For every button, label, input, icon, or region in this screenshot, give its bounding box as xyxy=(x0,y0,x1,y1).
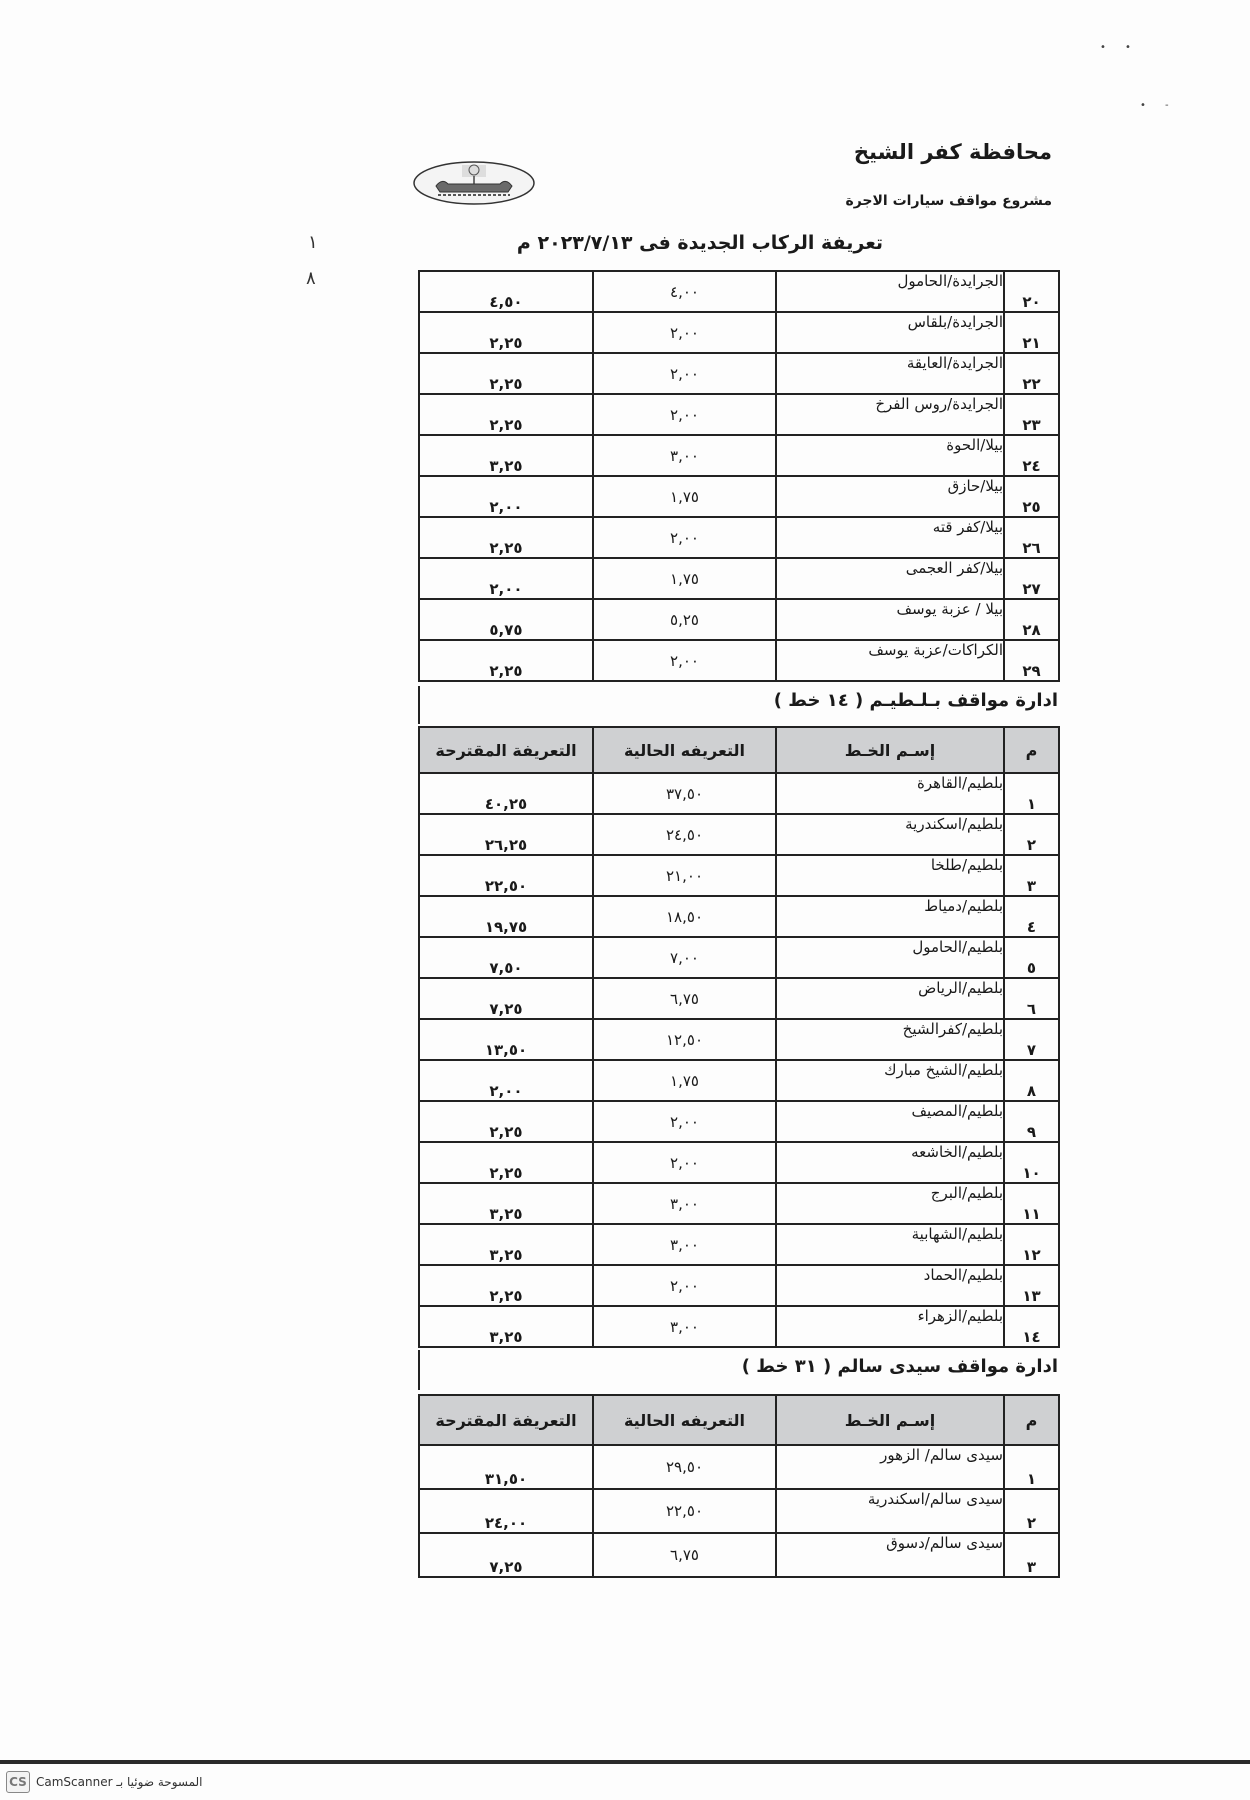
current-fare: ٥,٢٥ xyxy=(593,599,776,640)
current-fare: ٢٤,٥٠ xyxy=(593,814,776,855)
current-fare: ٢٩,٥٠ xyxy=(593,1445,776,1489)
proposed-fare: ٢٦,٢٥ xyxy=(419,814,593,855)
proposed-fare: ٣,٢٥ xyxy=(419,1306,593,1347)
table-row: ٣سيدى سالم/دسوق٦,٧٥٧,٢٥ xyxy=(419,1533,1059,1577)
current-fare: ٢,٠٠ xyxy=(593,1265,776,1306)
page-title: تعريفة الركاب الجديدة فى ٢٠٢٣/٧/١٣ م xyxy=(440,232,960,254)
row-number: ٢٨ xyxy=(1004,599,1059,640)
route-name: بلطيم/الحامول xyxy=(776,937,1004,978)
table-row: ٢سيدى سالم/اسكندرية٢٢,٥٠٢٤,٠٠ xyxy=(419,1489,1059,1533)
current-fare: ٤,٠٠ xyxy=(593,271,776,312)
current-fare: ٢,٠٠ xyxy=(593,517,776,558)
route-name: بلطيم/دمياط xyxy=(776,896,1004,937)
table-row: ٩بلطيم/المصيف٢,٠٠٢,٢٥ xyxy=(419,1101,1059,1142)
table-row: ١١بلطيم/البرج٣,٠٠٣,٢٥ xyxy=(419,1183,1059,1224)
route-name: بلطيم/القاهرة xyxy=(776,773,1004,814)
table-row: ٢٧بيلا/كفر العجمى١,٧٥٢,٠٠ xyxy=(419,558,1059,599)
table-row: ١٠بلطيم/الخاشعه٢,٠٠٢,٢٥ xyxy=(419,1142,1059,1183)
route-name: الجرايدة/الحامول xyxy=(776,271,1004,312)
proposed-fare: ٢,٢٥ xyxy=(419,394,593,435)
row-number: ٦ xyxy=(1004,978,1059,1019)
proposed-fare: ٢٢,٥٠ xyxy=(419,855,593,896)
row-number: ١ xyxy=(1004,773,1059,814)
row-number: ١ xyxy=(1004,1445,1059,1489)
proposed-fare: ١٩,٧٥ xyxy=(419,896,593,937)
table-header-row: م إسـم الخـط التعريفه الحالية التعريفة ا… xyxy=(419,727,1059,773)
table-row: ٢٨بيلا / عزبة يوسف٥,٢٥٥,٧٥ xyxy=(419,599,1059,640)
current-fare: ٣,٠٠ xyxy=(593,1183,776,1224)
table-row: ٢٢الجرايدة/العايقة٢,٠٠٢,٢٥ xyxy=(419,353,1059,394)
route-name: بيلا/حازق xyxy=(776,476,1004,517)
row-number: ٥ xyxy=(1004,937,1059,978)
proposed-fare: ١٣,٥٠ xyxy=(419,1019,593,1060)
proposed-fare: ٢,٢٥ xyxy=(419,640,593,681)
proposed-fare: ٢,٢٥ xyxy=(419,1265,593,1306)
route-name: سيدى سالم/ الزهور xyxy=(776,1445,1004,1489)
row-number: ٢ xyxy=(1004,1489,1059,1533)
proposed-fare: ٣,٢٥ xyxy=(419,435,593,476)
current-fare: ٣٧,٥٠ xyxy=(593,773,776,814)
section-title: ادارة مواقف سيدى سالم ( ٣١ خط ) xyxy=(742,1356,1058,1377)
row-number: ٩ xyxy=(1004,1101,1059,1142)
proposed-fare: ٢,٢٥ xyxy=(419,1101,593,1142)
table-row: ١٤بلطيم/الزهراء٣,٠٠٣,٢٥ xyxy=(419,1306,1059,1347)
row-number: ٢ xyxy=(1004,814,1059,855)
route-name: بلطيم/الشهابية xyxy=(776,1224,1004,1265)
route-name: بلطيم/اسكندرية xyxy=(776,814,1004,855)
table-row: ٢١الجرايدة/بلقاس٢,٠٠٢,٢٥ xyxy=(419,312,1059,353)
route-name: بلطيم/الشيخ مبارك xyxy=(776,1060,1004,1101)
table-row: ٢٥بيلا/حازق١,٧٥٢,٠٠ xyxy=(419,476,1059,517)
route-name: الكراكات/عزبة يوسف xyxy=(776,640,1004,681)
current-fare: ١٨,٥٠ xyxy=(593,896,776,937)
table-row: ١بلطيم/القاهرة٣٧,٥٠٤٠,٢٥ xyxy=(419,773,1059,814)
route-name: بيلا/الحوة xyxy=(776,435,1004,476)
current-fare: ٣,٠٠ xyxy=(593,435,776,476)
col-header-current: التعريفه الحالية xyxy=(593,727,776,773)
col-header-num: م xyxy=(1004,1395,1059,1445)
proposed-fare: ٢,٠٠ xyxy=(419,476,593,517)
col-header-num: م xyxy=(1004,727,1059,773)
proposed-fare: ٢,٢٥ xyxy=(419,517,593,558)
route-name: بلطيم/المصيف xyxy=(776,1101,1004,1142)
route-name: الجرايدة/العايقة xyxy=(776,353,1004,394)
current-fare: ٣,٠٠ xyxy=(593,1306,776,1347)
route-name: الجرايدة/بلقاس xyxy=(776,312,1004,353)
camscanner-watermark: CS المسوحة ضوئيا بـ CamScanner xyxy=(6,1770,203,1794)
table-row: ٧بلطيم/كفرالشيخ١٢,٥٠١٣,٥٠ xyxy=(419,1019,1059,1060)
row-number: ٢٤ xyxy=(1004,435,1059,476)
route-name: سيدى سالم/دسوق xyxy=(776,1533,1004,1577)
route-name: بلطيم/الزهراء xyxy=(776,1306,1004,1347)
col-header-proposed: التعريفة المقترحة xyxy=(419,1395,593,1445)
current-fare: ١,٧٥ xyxy=(593,1060,776,1101)
margin-note: ٨ xyxy=(306,268,316,289)
row-number: ١٢ xyxy=(1004,1224,1059,1265)
current-fare: ٢,٠٠ xyxy=(593,1142,776,1183)
current-fare: ١,٧٥ xyxy=(593,476,776,517)
route-name: بيلا / عزبة يوسف xyxy=(776,599,1004,640)
project-subtitle: مشروع مواقف سيارات الاجرة xyxy=(780,193,1052,209)
proposed-fare: ٢,٢٥ xyxy=(419,312,593,353)
row-number: ٢٥ xyxy=(1004,476,1059,517)
table-row: ٢٦بيلا/كفر قته٢,٠٠٢,٢٥ xyxy=(419,517,1059,558)
section-title: ادارة مواقف بـلـطيـم ( ١٤ خط ) xyxy=(774,690,1058,711)
proposed-fare: ٧,٢٥ xyxy=(419,1533,593,1577)
table-row: ٦بلطيم/الرياض٦,٧٥٧,٢٥ xyxy=(419,978,1059,1019)
route-name: بلطيم/الحماد xyxy=(776,1265,1004,1306)
table-row: ١سيدى سالم/ الزهور٢٩,٥٠٣١,٥٠ xyxy=(419,1445,1059,1489)
scan-speck: • • xyxy=(1100,42,1131,53)
current-fare: ٢,٠٠ xyxy=(593,353,776,394)
proposed-fare: ٤,٥٠ xyxy=(419,271,593,312)
row-number: ٢٦ xyxy=(1004,517,1059,558)
table-row: ٨بلطيم/الشيخ مبارك١,٧٥٢,٠٠ xyxy=(419,1060,1059,1101)
current-fare: ٧,٠٠ xyxy=(593,937,776,978)
col-header-current: التعريفه الحالية xyxy=(593,1395,776,1445)
table-row: ٢٤بيلا/الحوة٣,٠٠٣,٢٥ xyxy=(419,435,1059,476)
route-name: بلطيم/الرياض xyxy=(776,978,1004,1019)
table-row: ٢٩الكراكات/عزبة يوسف٢,٠٠٢,٢٥ xyxy=(419,640,1059,681)
proposed-fare: ٢,٠٠ xyxy=(419,558,593,599)
route-name: بلطيم/كفرالشيخ xyxy=(776,1019,1004,1060)
watermark-text: المسوحة ضوئيا بـ CamScanner xyxy=(36,1775,203,1789)
row-number: ١٣ xyxy=(1004,1265,1059,1306)
row-number: ٢٢ xyxy=(1004,353,1059,394)
table-row: ٣بلطيم/طلخا٢١,٠٠٢٢,٥٠ xyxy=(419,855,1059,896)
row-number: ٢٠ xyxy=(1004,271,1059,312)
current-fare: ١,٧٥ xyxy=(593,558,776,599)
table-row: ٢٠الجرايدة/الحامول٤,٠٠٤,٥٠ xyxy=(419,271,1059,312)
route-name: بيلا/كفر قته xyxy=(776,517,1004,558)
proposed-fare: ٣١,٥٠ xyxy=(419,1445,593,1489)
proposed-fare: ٢٤,٠٠ xyxy=(419,1489,593,1533)
route-name: الجرايدة/روس الفرخ xyxy=(776,394,1004,435)
current-fare: ٢,٠٠ xyxy=(593,394,776,435)
row-number: ٨ xyxy=(1004,1060,1059,1101)
table-row: ٤بلطيم/دمياط١٨,٥٠١٩,٧٥ xyxy=(419,896,1059,937)
proposed-fare: ٢,٢٥ xyxy=(419,353,593,394)
table-header-row: م إسـم الخـط التعريفه الحالية التعريفة ا… xyxy=(419,1395,1059,1445)
scan-bottom-edge xyxy=(0,1760,1250,1764)
row-number: ٣ xyxy=(1004,855,1059,896)
proposed-fare: ٢,٠٠ xyxy=(419,1060,593,1101)
governorate-title: محافظة كفر الشيخ xyxy=(820,140,1052,164)
row-number: ١٠ xyxy=(1004,1142,1059,1183)
route-name: بلطيم/طلخا xyxy=(776,855,1004,896)
route-name: بيلا/كفر العجمى xyxy=(776,558,1004,599)
proposed-fare: ٣,٢٥ xyxy=(419,1183,593,1224)
row-number: ١١ xyxy=(1004,1183,1059,1224)
col-header-proposed: التعريفة المقترحة xyxy=(419,727,593,773)
route-name: بلطيم/البرج xyxy=(776,1183,1004,1224)
proposed-fare: ٧,٢٥ xyxy=(419,978,593,1019)
table-row: ٥بلطيم/الحامول٧,٠٠٧,٥٠ xyxy=(419,937,1059,978)
row-number: ٣ xyxy=(1004,1533,1059,1577)
kafr-el-sheikh-emblem-icon xyxy=(412,160,536,206)
table-row: ٢بلطيم/اسكندرية٢٤,٥٠٢٦,٢٥ xyxy=(419,814,1059,855)
table-row: ١٣بلطيم/الحماد٢,٠٠٢,٢٥ xyxy=(419,1265,1059,1306)
row-number: ٢٧ xyxy=(1004,558,1059,599)
current-fare: ٣,٠٠ xyxy=(593,1224,776,1265)
proposed-fare: ٧,٥٠ xyxy=(419,937,593,978)
section-heading-sidi-salem: ادارة مواقف سيدى سالم ( ٣١ خط ) xyxy=(418,1350,1058,1390)
current-fare: ٦,٧٥ xyxy=(593,1533,776,1577)
row-number: ٧ xyxy=(1004,1019,1059,1060)
fare-table-sidi-salem: م إسـم الخـط التعريفه الحالية التعريفة ا… xyxy=(418,1394,1060,1578)
table-row: ٢٣الجرايدة/روس الفرخ٢,٠٠٢,٢٥ xyxy=(419,394,1059,435)
current-fare: ٢,٠٠ xyxy=(593,1101,776,1142)
fare-table-baltim: م إسـم الخـط التعريفه الحالية التعريفة ا… xyxy=(418,726,1060,1348)
table-row: ١٢بلطيم/الشهابية٣,٠٠٣,٢٥ xyxy=(419,1224,1059,1265)
row-number: ٢٣ xyxy=(1004,394,1059,435)
route-name: بلطيم/الخاشعه xyxy=(776,1142,1004,1183)
current-fare: ٢,٠٠ xyxy=(593,312,776,353)
current-fare: ٢١,٠٠ xyxy=(593,855,776,896)
route-name: سيدى سالم/اسكندرية xyxy=(776,1489,1004,1533)
row-number: ٤ xyxy=(1004,896,1059,937)
proposed-fare: ٥,٧٥ xyxy=(419,599,593,640)
current-fare: ١٢,٥٠ xyxy=(593,1019,776,1060)
proposed-fare: ٢,٢٥ xyxy=(419,1142,593,1183)
margin-note: ١ xyxy=(308,232,318,253)
col-header-name: إسـم الخـط xyxy=(776,1395,1004,1445)
current-fare: ٢٢,٥٠ xyxy=(593,1489,776,1533)
scan-speck: • - xyxy=(1140,100,1169,111)
current-fare: ٦,٧٥ xyxy=(593,978,776,1019)
row-number: ١٤ xyxy=(1004,1306,1059,1347)
row-number: ٢٩ xyxy=(1004,640,1059,681)
row-number: ٢١ xyxy=(1004,312,1059,353)
proposed-fare: ٣,٢٥ xyxy=(419,1224,593,1265)
col-header-name: إسـم الخـط xyxy=(776,727,1004,773)
section-heading-baltim: ادارة مواقف بـلـطيـم ( ١٤ خط ) xyxy=(418,686,1058,724)
proposed-fare: ٤٠,٢٥ xyxy=(419,773,593,814)
fare-table-continued: ٢٠الجرايدة/الحامول٤,٠٠٤,٥٠٢١الجرايدة/بلق… xyxy=(418,270,1060,682)
current-fare: ٢,٠٠ xyxy=(593,640,776,681)
camscanner-logo-icon: CS xyxy=(6,1771,30,1793)
